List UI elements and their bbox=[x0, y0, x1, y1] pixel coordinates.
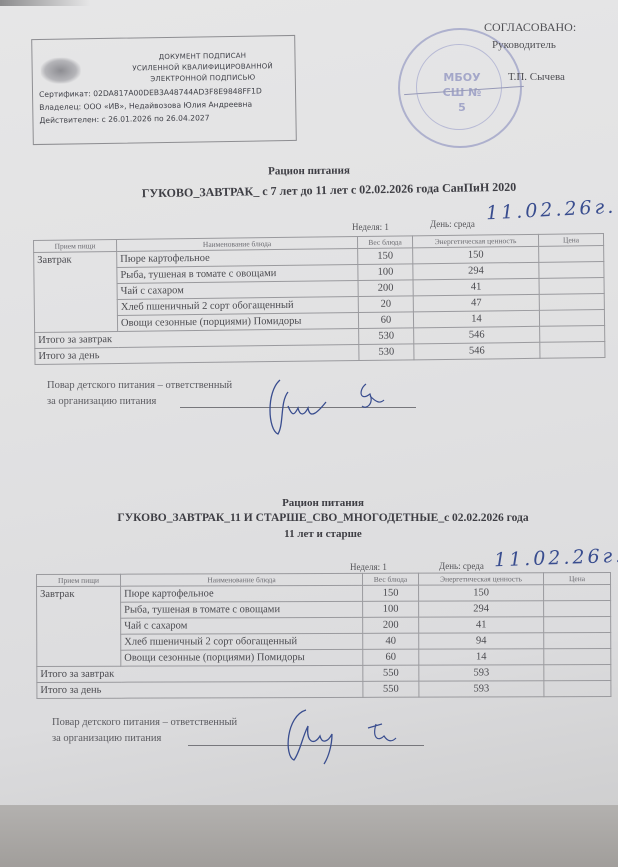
weight-cell: 60 bbox=[363, 649, 419, 665]
emblem-icon bbox=[40, 57, 80, 84]
energy-cell: 150 bbox=[413, 246, 539, 264]
price-cell bbox=[539, 278, 604, 295]
total-price bbox=[544, 680, 611, 696]
meal-cell: Завтрак bbox=[37, 586, 121, 666]
approval-label: СОГЛАСОВАНО: bbox=[484, 20, 576, 35]
total-energy: 546 bbox=[414, 342, 540, 360]
stamp-text: МБОУ bbox=[438, 70, 486, 85]
cook-signature-label: Повар детского питания – ответственный з… bbox=[52, 715, 237, 747]
weight-cell: 20 bbox=[358, 296, 413, 313]
column-header: Цена bbox=[543, 572, 610, 584]
price-cell bbox=[539, 294, 604, 311]
total-energy: 593 bbox=[419, 665, 544, 681]
energy-cell: 41 bbox=[419, 617, 544, 633]
total-label: Итого за завтрак bbox=[37, 665, 363, 682]
column-header: Наименование блюда bbox=[121, 573, 363, 586]
energy-cell: 14 bbox=[419, 649, 544, 665]
price-cell bbox=[544, 584, 611, 600]
column-header: Вес блюда bbox=[362, 573, 418, 585]
day-label: День: среда bbox=[430, 219, 475, 229]
total-label: Итого за день bbox=[37, 681, 363, 698]
column-header: Вес блюда bbox=[357, 236, 412, 249]
weight-cell: 60 bbox=[358, 312, 413, 329]
price-cell bbox=[539, 310, 604, 327]
section-title: Рацион питания bbox=[14, 497, 618, 509]
column-header: Цена bbox=[538, 234, 603, 247]
total-energy: 593 bbox=[419, 681, 544, 697]
cook-label-line: Повар детского питания – ответственный bbox=[47, 378, 232, 394]
total-price bbox=[540, 342, 605, 359]
weight-cell: 200 bbox=[358, 280, 413, 297]
total-weight: 530 bbox=[359, 344, 414, 361]
total-weight: 530 bbox=[359, 328, 414, 345]
approval-position: Руководитель bbox=[492, 39, 556, 51]
weight-cell: 150 bbox=[363, 585, 419, 601]
total-row: Итого за день 550 593 bbox=[37, 680, 611, 698]
handwritten-signature bbox=[262, 372, 392, 442]
electronic-signature-box: ДОКУМЕНТ ПОДПИСАН УСИЛЕННОЙ КВАЛИФИЦИРОВ… bbox=[31, 35, 297, 145]
day-label: День: среда bbox=[439, 561, 484, 571]
cook-signature-label: Повар детского питания – ответственный з… bbox=[47, 378, 232, 410]
meal-cell: Завтрак bbox=[34, 251, 118, 332]
week-label: Неделя: 1 bbox=[350, 562, 387, 572]
photo-shadow bbox=[0, 0, 90, 6]
weight-cell: 100 bbox=[358, 264, 413, 281]
energy-cell: 14 bbox=[413, 310, 539, 328]
energy-cell: 41 bbox=[413, 278, 539, 296]
energy-cell: 150 bbox=[419, 585, 544, 601]
total-price bbox=[544, 664, 611, 680]
total-weight: 550 bbox=[363, 681, 419, 697]
price-cell bbox=[544, 632, 611, 648]
price-cell bbox=[544, 616, 611, 632]
weight-cell: 200 bbox=[363, 617, 419, 633]
price-cell bbox=[539, 246, 604, 263]
approval-name: Т.П. Сычева bbox=[508, 71, 565, 83]
section-age-group: 11 лет и старше bbox=[14, 528, 618, 540]
cook-label-line: Повар детского питания – ответственный bbox=[52, 715, 237, 731]
menu-table: Прием пищи Наименование блюда Вес блюда … bbox=[33, 233, 605, 365]
price-cell bbox=[544, 648, 611, 664]
handwritten-signature bbox=[280, 702, 410, 768]
column-header: Прием пищи bbox=[34, 239, 117, 252]
weight-cell: 100 bbox=[363, 601, 419, 617]
esignature-heading: ДОКУМЕНТ ПОДПИСАН УСИЛЕННОЙ КВАЛИФИЦИРОВ… bbox=[117, 50, 287, 86]
weight-cell: 40 bbox=[363, 633, 419, 649]
energy-cell: 294 bbox=[413, 262, 539, 280]
section-subtitle: ГУКОВО_ЗАВТРАК_11 И СТАРШЕ_СВО_МНОГОДЕТН… bbox=[14, 512, 618, 524]
energy-cell: 294 bbox=[419, 601, 544, 617]
table-surface bbox=[0, 805, 618, 867]
total-weight: 550 bbox=[363, 665, 419, 681]
column-header: Энергетическая ценность bbox=[418, 573, 543, 585]
price-cell bbox=[544, 600, 611, 616]
price-cell bbox=[539, 262, 604, 279]
menu-table: Прием пищи Наименование блюда Вес блюда … bbox=[36, 572, 611, 699]
certificate-validity: Действителен: с 26.01.2026 по 26.04.2027 bbox=[39, 110, 262, 126]
column-header: Прием пищи bbox=[37, 574, 121, 586]
total-label: Итого за день bbox=[35, 345, 359, 365]
total-price bbox=[540, 326, 605, 343]
dish-cell: Овощи сезонные (порциями) Помидоры bbox=[121, 649, 363, 666]
energy-cell: 94 bbox=[419, 633, 544, 649]
dish-cell: Чай с сахаром bbox=[121, 617, 363, 634]
energy-cell: 47 bbox=[413, 294, 539, 312]
handwritten-date: 11.02.26г. bbox=[494, 545, 618, 572]
dish-cell: Рыба, тушеная в томате с овощами bbox=[121, 601, 363, 618]
weight-cell: 150 bbox=[358, 248, 413, 265]
total-energy: 546 bbox=[414, 326, 540, 344]
dish-cell: Хлеб пшеничный 2 сорт обогащенный bbox=[121, 633, 363, 650]
dish-cell: Пюре картофельное bbox=[121, 585, 363, 602]
week-label: Неделя: 1 bbox=[352, 222, 389, 232]
